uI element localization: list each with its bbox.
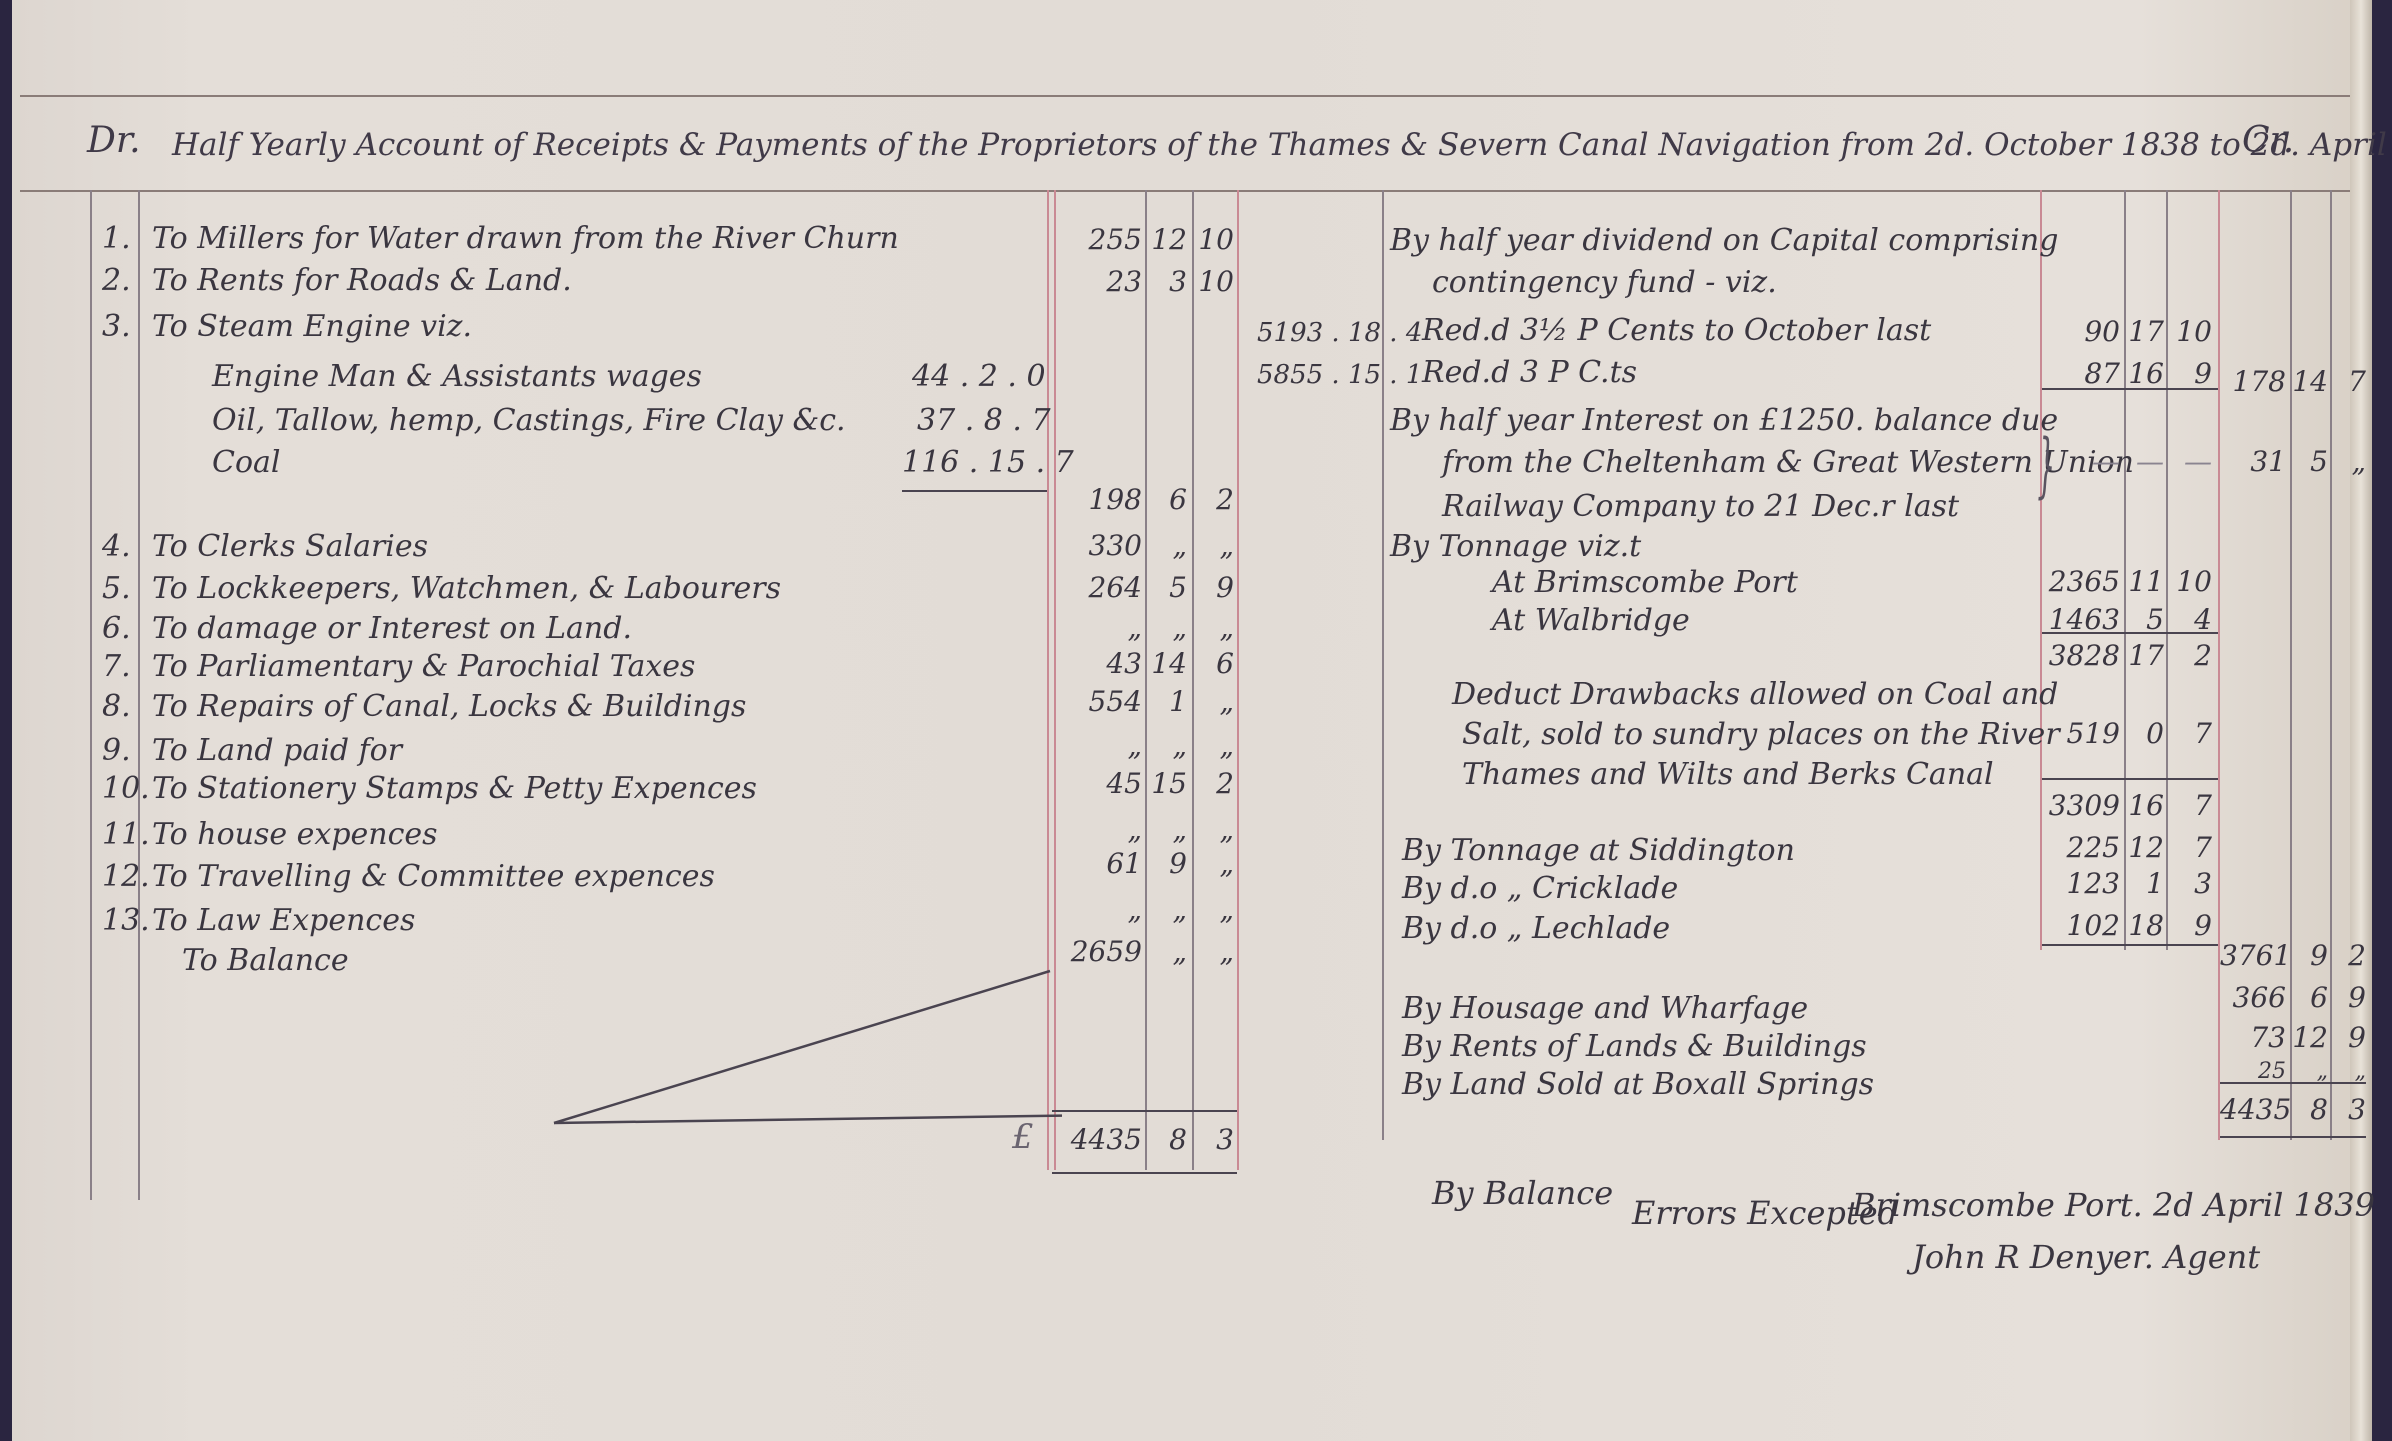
page-title: Half Yearly Account of Receipts & Paymen… xyxy=(172,128,2392,162)
item-pounds: „ xyxy=(1052,612,1142,644)
other-tonnage-shillings: 12 xyxy=(2126,832,2164,864)
item-shillings: 3 xyxy=(1147,266,1187,298)
credit-total-shillings: 8 xyxy=(2292,1094,2328,1126)
item-pounds: „ xyxy=(1052,730,1142,762)
deduct-shillings: 0 xyxy=(2126,718,2164,750)
other-tonnage-pounds: 123 xyxy=(2042,868,2120,900)
steam-engine-pounds: 198 xyxy=(1052,484,1142,516)
misc-label: By Rents of Lands & Buildings xyxy=(1402,1030,1867,1064)
dividend-sub-label: Red.d 3½ P Cents to October last xyxy=(1422,314,1931,348)
tonnage-total-pence: 2 xyxy=(2332,940,2366,972)
steam-engine-shillings: 6 xyxy=(1147,484,1187,516)
dividend-total-pounds: 178 xyxy=(2220,366,2286,398)
credit-total-rule-bottom xyxy=(2220,1136,2366,1138)
item-number: 12. xyxy=(102,860,150,894)
other-tonnage-shillings: 1 xyxy=(2126,868,2164,900)
item-pounds: 330 xyxy=(1052,530,1142,562)
item-label: To Travelling & Committee expences xyxy=(152,860,715,894)
book-edge xyxy=(2350,0,2372,1441)
dividend-total-pence: 7 xyxy=(2332,366,2366,398)
item-number: 6. xyxy=(102,612,131,646)
item-pounds: 255 xyxy=(1052,224,1142,256)
item-number: 1. xyxy=(102,222,131,256)
other-tonnage-label: By d.o „ Lechlade xyxy=(1402,912,1670,946)
credit-total-pence: 3 xyxy=(2332,1094,2366,1126)
item-pence: „ xyxy=(1194,894,1234,926)
tonnage-sub-label: At Walbridge xyxy=(1492,604,1690,638)
item-pounds: 61 xyxy=(1052,848,1142,880)
item-label: To Land paid for xyxy=(152,734,402,768)
item-label: To Lockkeepers, Watchmen, & Labourers xyxy=(152,572,781,606)
interest-dash: — xyxy=(2168,446,2212,478)
steam-engine-pence: 2 xyxy=(1194,484,1234,516)
credit-total-rule xyxy=(2220,1082,2366,1084)
debit-end-rule xyxy=(1237,190,1239,1170)
item-pounds: „ xyxy=(1052,814,1142,846)
item-label: To Law Expences xyxy=(152,904,415,938)
other-tonnage-pence: 7 xyxy=(2168,832,2212,864)
deduct-line1: Deduct Drawbacks allowed on Coal and xyxy=(1452,678,2058,712)
debit-total-pounds: 4435 xyxy=(1052,1124,1142,1156)
item-label: To Millers for Water drawn from the Rive… xyxy=(152,222,899,256)
misc-pence: 9 xyxy=(2332,982,2366,1014)
item-shillings: „ xyxy=(1147,730,1187,762)
deduct-rule xyxy=(2042,778,2218,780)
item-pence: 10 xyxy=(1194,266,1234,298)
other-tonnage-pence: 3 xyxy=(2168,868,2212,900)
sub-item-label: Coal xyxy=(212,446,281,480)
misc-pence: 9 xyxy=(2332,1022,2366,1054)
debit-shillings-rule xyxy=(1145,190,1147,1170)
item-label: To Parliamentary & Parochial Taxes xyxy=(152,650,695,684)
misc-shillings: 6 xyxy=(2292,982,2328,1014)
sub-item-amount: 116 . 15 . 7 xyxy=(902,446,1074,480)
item-number: 9. xyxy=(102,734,131,768)
ledger-page: Dr. Half Yearly Account of Receipts & Pa… xyxy=(12,0,2372,1441)
item-pence: 10 xyxy=(1194,224,1234,256)
item-shillings: 14 xyxy=(1147,648,1187,680)
misc-pounds: 73 xyxy=(2220,1022,2286,1054)
item-shillings: 9 xyxy=(1147,848,1187,880)
tonnage-subtotal-pence: 2 xyxy=(2168,640,2212,672)
tonnage-subtotal-pounds: 3828 xyxy=(2042,640,2120,672)
deduct-line3: Thames and Wilts and Berks Canal xyxy=(1462,758,1994,792)
capital-amount: 5193 . 18 . 4 xyxy=(1257,316,1422,350)
debit-total-shillings: 8 xyxy=(1147,1124,1187,1156)
item-label: To Steam Engine viz. xyxy=(152,310,472,344)
cr-label: Cr. xyxy=(2242,124,2294,158)
interest-line1: By half year Interest on £1250. balance … xyxy=(1390,404,2058,438)
tonnage-subtotal-rule xyxy=(2042,632,2218,634)
dividend-total-shillings: 14 xyxy=(2292,366,2328,398)
pound-sign: £ xyxy=(1012,1120,1034,1154)
other-tonnage-label: By Tonnage at Siddington xyxy=(1402,834,1795,868)
credit-total-pounds: 4435 xyxy=(2220,1094,2286,1126)
tonnage-net-pounds: 3309 xyxy=(2042,790,2120,822)
item-pence: „ xyxy=(1194,848,1234,880)
other-tonnage-pounds: 102 xyxy=(2042,910,2120,942)
item-pounds: 23 xyxy=(1052,266,1142,298)
item-label: To house expences xyxy=(152,818,438,852)
interest-dash: — xyxy=(2042,446,2120,478)
misc-label: By Land Sold at Boxall Springs xyxy=(1402,1068,1874,1102)
sub-item-label: Oil, Tallow, hemp, Castings, Fire Clay &… xyxy=(212,404,846,438)
tonnage-heading: By Tonnage viz.t xyxy=(1390,530,1641,564)
item-number: 11. xyxy=(102,818,150,852)
item-label: To Clerks Salaries xyxy=(152,530,428,564)
tonnage-sub-label: At Brimscombe Port xyxy=(1492,566,1798,600)
item-pence: 9 xyxy=(1194,572,1234,604)
other-tonnage-pounds: 225 xyxy=(2042,832,2120,864)
dividend-sub-shillings: 17 xyxy=(2126,316,2164,348)
item-pounds: 554 xyxy=(1052,686,1142,718)
item-pence: „ xyxy=(1194,814,1234,846)
tonnage-subtotal-shillings: 17 xyxy=(2126,640,2164,672)
dividend-sub-pence: 10 xyxy=(2168,316,2212,348)
item-pence: „ xyxy=(1194,730,1234,762)
subtotal-rule xyxy=(902,490,1047,492)
misc-shillings: 12 xyxy=(2292,1022,2328,1054)
dividend-sub-pounds: 90 xyxy=(2042,316,2120,348)
deduct-line2: Salt, sold to sundry places on the River xyxy=(1462,718,2060,752)
debit-total-rule xyxy=(1052,1110,1237,1112)
dividend-sub-pounds: 87 xyxy=(2042,358,2120,390)
by-balance-label: By Balance xyxy=(1432,1176,1613,1210)
sub-item-amount: 44 . 2 . 0 xyxy=(912,360,1046,394)
other-tonnage-pence: 9 xyxy=(2168,910,2212,942)
number-column-rule xyxy=(138,190,140,1200)
item-pence: „ xyxy=(1194,530,1234,562)
item-pounds: 43 xyxy=(1052,648,1142,680)
item-number: 2. xyxy=(102,264,131,298)
dividend-sub-pence: 9 xyxy=(2168,358,2212,390)
dividend-line2: contingency fund - viz. xyxy=(1432,266,1777,300)
cancel-flourish-icon xyxy=(542,965,1062,1135)
debit-total-rule-bottom xyxy=(1052,1172,1237,1174)
interest-shillings: 5 xyxy=(2292,446,2328,478)
header-rule-bottom xyxy=(20,190,2350,192)
item-label: To Rents for Roads & Land. xyxy=(152,264,572,298)
item-shillings: „ xyxy=(1147,612,1187,644)
item-pence: „ xyxy=(1194,612,1234,644)
agent-signature: John R Denyer. Agent xyxy=(1912,1240,2260,1274)
item-pence: „ xyxy=(1194,686,1234,718)
margin-rule xyxy=(90,190,92,1200)
item-number: 8. xyxy=(102,690,131,724)
header-rule-top xyxy=(20,95,2350,97)
item-shillings: 5 xyxy=(1147,572,1187,604)
interest-line3: Railway Company to 21 Dec.r last xyxy=(1442,490,1959,524)
dividend-sub-label: Red.d 3 P C.ts xyxy=(1422,356,1637,390)
balance-shillings: „ xyxy=(1147,936,1187,968)
item-number: 5. xyxy=(102,572,131,606)
dividend-sub-shillings: 16 xyxy=(2126,358,2164,390)
item-number: 10. xyxy=(102,772,150,806)
capital-amount: 5855 . 15 . 1 xyxy=(1257,358,1422,392)
item-shillings: „ xyxy=(1147,530,1187,562)
interest-dash: — xyxy=(2126,446,2164,478)
item-number: 13. xyxy=(102,904,150,938)
item-label: To Repairs of Canal, Locks & Buildings xyxy=(152,690,746,724)
item-shillings: 1 xyxy=(1147,686,1187,718)
tonnage-sub-pence: 10 xyxy=(2168,566,2212,598)
interest-pounds: 31 xyxy=(2220,446,2286,478)
dr-label: Dr. xyxy=(87,124,141,158)
misc-pounds: 366 xyxy=(2220,982,2286,1014)
tonnage-net-shillings: 16 xyxy=(2126,790,2164,822)
interest-pence: „ xyxy=(2332,446,2366,478)
dividend-line1: By half year dividend on Capital compris… xyxy=(1390,224,2058,258)
balance-pounds: 2659 xyxy=(1052,936,1142,968)
item-label: To damage or Interest on Land. xyxy=(152,612,632,646)
debit-pence-rule xyxy=(1192,190,1194,1170)
tonnage-total-rule xyxy=(2042,944,2218,946)
item-label: To Stationery Stamps & Petty Expences xyxy=(152,772,757,806)
deduct-pence: 7 xyxy=(2168,718,2212,750)
dividend-subtotal-rule xyxy=(2042,388,2218,390)
item-pounds: 45 xyxy=(1052,768,1142,800)
other-tonnage-label: By d.o „ Cricklade xyxy=(1402,872,1678,906)
item-number: 7. xyxy=(102,650,131,684)
item-pounds: „ xyxy=(1052,894,1142,926)
item-pence: 2 xyxy=(1194,768,1234,800)
other-tonnage-shillings: 18 xyxy=(2126,910,2164,942)
item-pence: 6 xyxy=(1194,648,1234,680)
tonnage-sub-shillings: 11 xyxy=(2126,566,2164,598)
item-number: 3. xyxy=(102,310,131,344)
tonnage-net-pence: 7 xyxy=(2168,790,2212,822)
tonnage-sub-pounds: 2365 xyxy=(2042,566,2120,598)
item-shillings: 12 xyxy=(1147,224,1187,256)
item-pounds: 264 xyxy=(1052,572,1142,604)
item-shillings: „ xyxy=(1147,894,1187,926)
place-date: Brimscombe Port. 2d April 1839 xyxy=(1852,1188,2375,1222)
tonnage-total-pounds: 3761 xyxy=(2220,940,2286,972)
debit-total-pence: 3 xyxy=(1194,1124,1234,1156)
item-shillings: „ xyxy=(1147,814,1187,846)
item-shillings: 15 xyxy=(1147,768,1187,800)
balance-label: To Balance xyxy=(182,944,349,978)
balance-pence: „ xyxy=(1194,936,1234,968)
sub-item-label: Engine Man & Assistants wages xyxy=(212,360,702,394)
sub-item-amount: 37 . 8 . 7 xyxy=(917,404,1051,438)
item-number: 4. xyxy=(102,530,131,564)
misc-label: By Housage and Wharfage xyxy=(1402,992,1808,1026)
interest-line2: from the Cheltenham & Great Western Unio… xyxy=(1442,446,2134,480)
deduct-pounds: 519 xyxy=(2042,718,2120,750)
tonnage-total-shillings: 9 xyxy=(2292,940,2328,972)
